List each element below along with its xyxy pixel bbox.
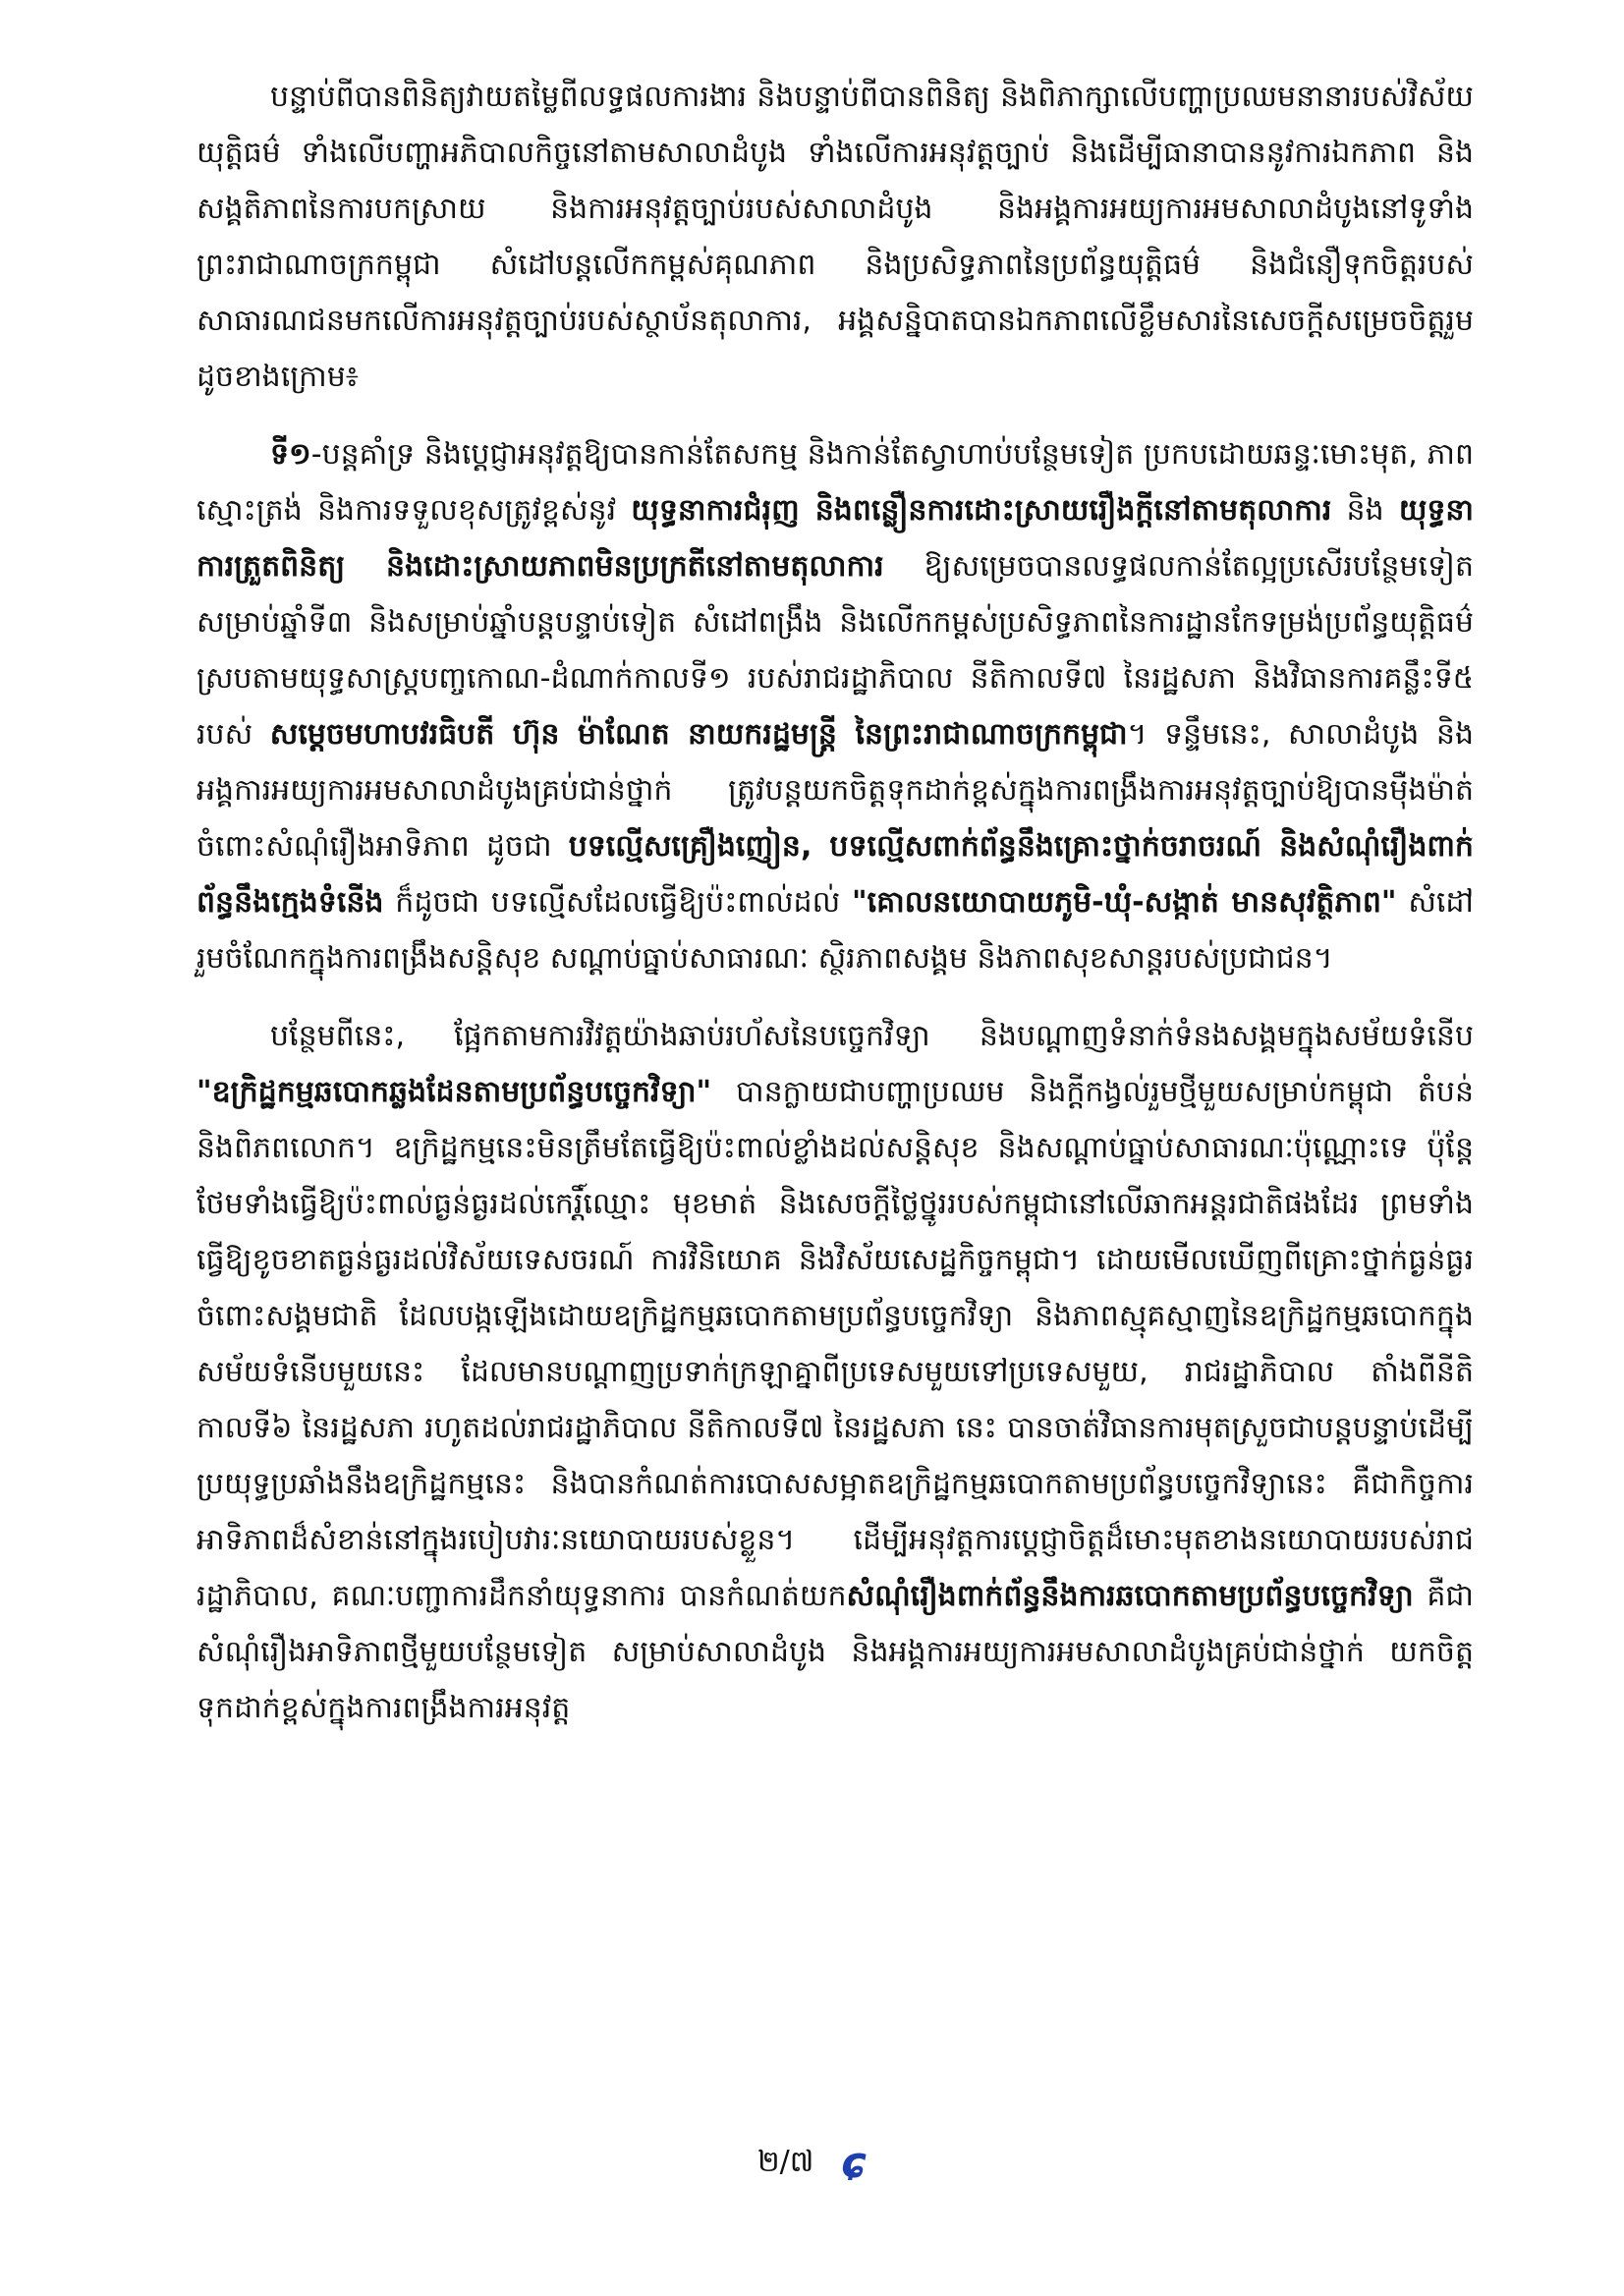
bold-text-segment: សំណុំរឿងពាក់ព័ន្ធនឹងការឆបោកតាមប្រព័ន្ធបច… bbox=[847, 1579, 1414, 1613]
text-segment: ក៏ដូចជា បទល្មើសដែលធ្វើឱ្យប៉ះពាល់ដល់ bbox=[383, 885, 852, 920]
handwritten-initial: ɕ bbox=[841, 2138, 867, 2188]
text-segment: បានក្លាយជាបញ្ហាប្រឈម និងក្តីកង្វល់រួមថ្ម… bbox=[196, 1075, 1474, 1613]
bold-text-segment: យុទ្ធនាការជំរុញ និងពន្លឿនការដោះស្រាយរឿងក… bbox=[631, 493, 1331, 528]
bold-text-segment: "ឧក្រិដ្ឋកម្មឆបោកឆ្លងដែនតាមប្រព័ន្ធបច្ចេ… bbox=[196, 1075, 711, 1109]
page-footer: ២/៧ ɕ bbox=[0, 2132, 1624, 2186]
bold-text-segment: "គោលនយោបាយភូមិ-ឃុំ-សង្កាត់ មានសុវត្ថិភាព… bbox=[852, 885, 1397, 920]
bold-text-segment: ទី១ bbox=[270, 437, 311, 472]
paragraph-intro: បន្ទាប់ពីបានពិនិត្យវាយតម្លៃពីលទ្ធផលការងា… bbox=[196, 69, 1474, 405]
paragraph-point-1: ទី១-បន្តគាំទ្រ និងប្តេជ្ញាអនុវត្តឱ្យបានក… bbox=[196, 426, 1474, 986]
paragraph-additional: បន្ថែមពីនេះ, ផ្អែកតាមការវិវត្តយ៉ាងឆាប់រហ… bbox=[196, 1008, 1474, 1736]
document-page: បន្ទាប់ពីបានពិនិត្យវាយតម្លៃពីលទ្ធផលការងា… bbox=[0, 0, 1624, 2296]
bold-text-segment: សម្តេចមហាបវរធិបតី ហ៊ុន ម៉ាណែត នាយករដ្ឋមន… bbox=[270, 717, 1128, 752]
page-number: ២/៧ bbox=[757, 2145, 813, 2179]
text-segment: បន្ទាប់ពីបានពិនិត្យវាយតម្លៃពីលទ្ធផលការងា… bbox=[196, 80, 1474, 394]
document-body: បន្ទាប់ពីបានពិនិត្យវាយតម្លៃពីលទ្ធផលការងា… bbox=[196, 69, 1474, 1758]
text-segment: និង bbox=[1331, 493, 1398, 528]
text-segment: បន្ថែមពីនេះ, ផ្អែកតាមការវិវត្តយ៉ាងឆាប់រហ… bbox=[270, 1019, 1474, 1053]
